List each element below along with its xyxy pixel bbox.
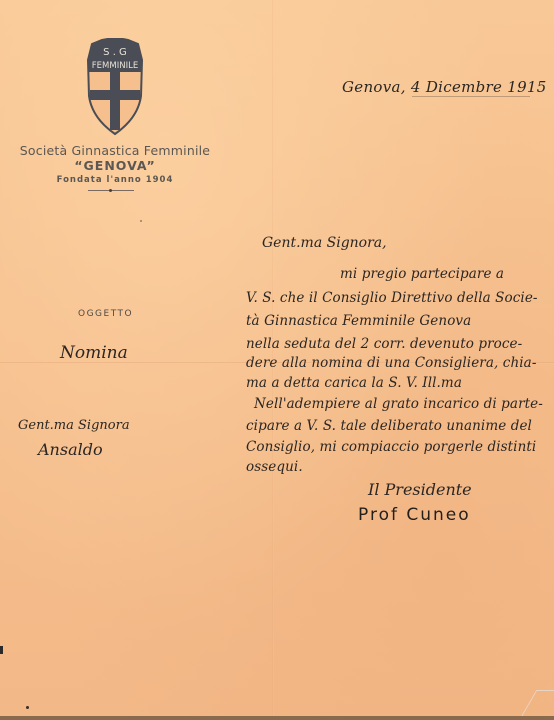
- body-line: tà Ginnastica Femminile Genova: [246, 313, 471, 329]
- signature: Prof Cuneo: [358, 505, 471, 525]
- crest-shield-icon: S . G FEMMINILE: [86, 38, 144, 136]
- body-line: Consiglio, mi compiaccio porgerle distin…: [246, 439, 536, 455]
- crest-band-text: FEMMINILE: [92, 61, 138, 71]
- body-line: dere alla nomina di una Consigliera, chi…: [246, 355, 536, 371]
- body-line: V. S. che il Consiglio Direttivo della S…: [246, 290, 538, 306]
- date-line: Genova, 4 Dicembre 1915: [342, 78, 547, 96]
- subject-text: Nomina: [60, 343, 128, 363]
- society-city: “GENOVA”: [0, 158, 230, 173]
- society-name: Società Ginnastica Femminile: [0, 143, 230, 158]
- crest-top-text: S . G: [103, 47, 127, 58]
- letterhead-ornament-rule: [88, 190, 134, 191]
- recipient-title: Gent.ma Signora: [18, 418, 130, 433]
- body-line: nella seduta del 2 corr. devenuto proce-: [246, 336, 522, 352]
- closing-title: Il Presidente: [368, 480, 472, 499]
- edge-mark: [0, 646, 3, 654]
- salutation: Gent.ma Signora,: [262, 235, 387, 251]
- body-line: cipare a V. S. tale deliberato unanime d…: [246, 418, 532, 434]
- body-line: ma a detta carica la S. V. Ill.ma: [246, 375, 462, 391]
- body-line: Nell'adempiere al grato incarico di part…: [254, 396, 543, 412]
- body-line: mi pregio partecipare a: [340, 266, 504, 282]
- paper-bottom-edge: [0, 716, 554, 720]
- founded-year: Fondata l'anno 1904: [0, 175, 230, 185]
- recipient-name: Ansaldo: [38, 440, 103, 459]
- ink-spot: [26, 706, 29, 709]
- body-line: ossequi.: [246, 459, 303, 475]
- oggetto-label: OGGETTO: [78, 309, 133, 319]
- ink-spot: [140, 220, 142, 222]
- date-underline: [412, 96, 530, 97]
